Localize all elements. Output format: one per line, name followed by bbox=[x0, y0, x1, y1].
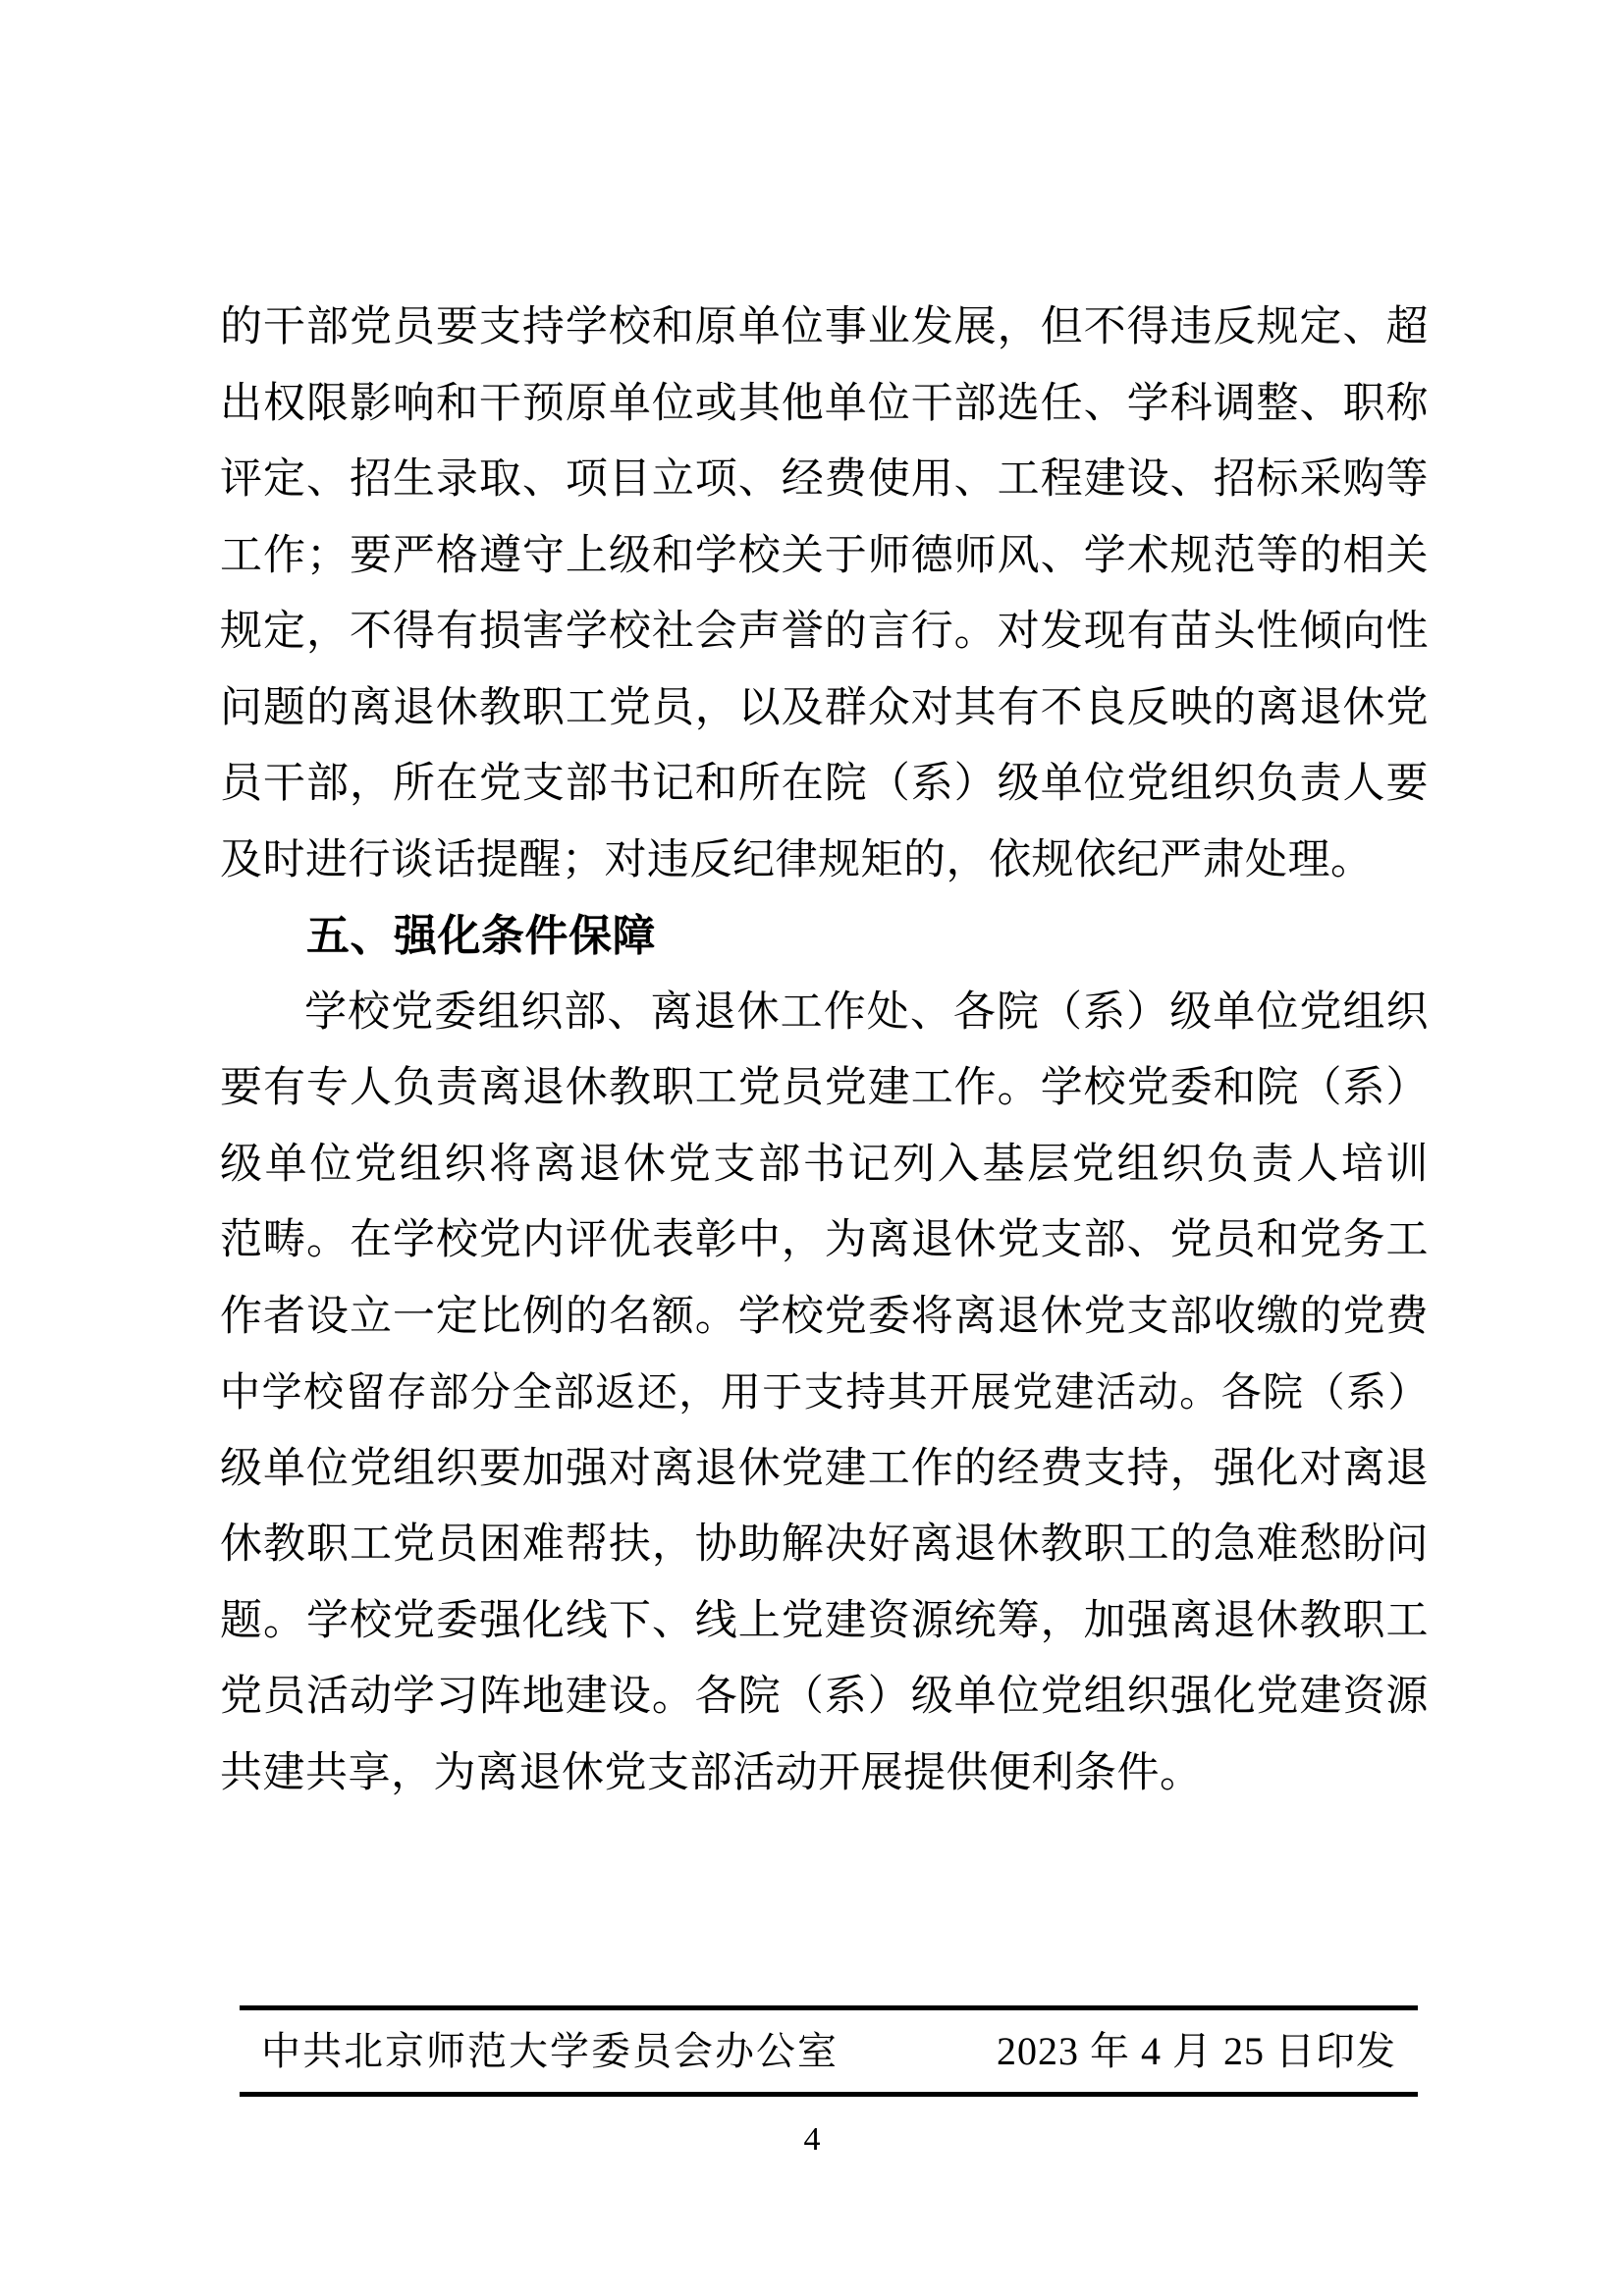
issuing-office: 中共北京师范大学委员会办公室 bbox=[261, 2012, 839, 2091]
body-text: 的干部党员要支持学校和原单位事业发展，但不得违反规定、超 出权限影响和干预原单位… bbox=[220, 290, 1429, 1811]
body-line: 学校党委组织部、离退休工作处、各院（系）级单位党组织 bbox=[220, 975, 1429, 1051]
body-line: 中学校留存部分全部返还，用于支持其开展党建活动。各院（系） bbox=[220, 1355, 1429, 1431]
body-line: 党员活动学习阵地建设。各院（系）级单位党组织强化党建资源 bbox=[220, 1659, 1429, 1735]
footer-rule-bottom bbox=[240, 2092, 1418, 2097]
body-line: 评定、招生录取、项目立项、经费使用、工程建设、招标采购等 bbox=[220, 442, 1429, 518]
body-line: 及时进行谈话提醒；对违反纪律规矩的，依规依纪严肃处理。 bbox=[220, 823, 1429, 899]
body-line: 休教职工党员困难帮扶，协助解决好离退休教职工的急难愁盼问 bbox=[220, 1507, 1429, 1583]
section-heading: 五、强化条件保障 bbox=[220, 898, 1429, 975]
body-line: 范畴。在学校党内评优表彰中，为离退休党支部、党员和党务工 bbox=[220, 1202, 1429, 1279]
print-date: 2023 年 4 月 25 日印发 bbox=[997, 2012, 1396, 2091]
footer: 中共北京师范大学委员会办公室 2023 年 4 月 25 日印发 bbox=[240, 2012, 1418, 2091]
body-line: 要有专人负责离退休教职工党员党建工作。学校党委和院（系） bbox=[220, 1050, 1429, 1127]
page-number: 4 bbox=[0, 2118, 1624, 2162]
body-line: 规定，不得有损害学校社会声誉的言行。对发现有苗头性倾向性 bbox=[220, 594, 1429, 670]
body-line: 工作；要严格遵守上级和学校关于师德师风、学术规范等的相关 bbox=[220, 518, 1429, 595]
footer-rule-top bbox=[240, 2005, 1418, 2010]
body-line: 题。学校党委强化线下、线上党建资源统筹，加强离退休教职工 bbox=[220, 1583, 1429, 1660]
body-line: 出权限影响和干预原单位或其他单位干部选任、学科调整、职称 bbox=[220, 366, 1429, 443]
body-line: 级单位党组织要加强对离退休党建工作的经费支持，强化对离退 bbox=[220, 1431, 1429, 1508]
body-line: 的干部党员要支持学校和原单位事业发展，但不得违反规定、超 bbox=[220, 290, 1429, 366]
body-line: 共建共享，为离退休党支部活动开展提供便利条件。 bbox=[220, 1735, 1429, 1812]
body-line: 问题的离退休教职工党员，以及群众对其有不良反映的离退休党 bbox=[220, 670, 1429, 747]
body-line: 作者设立一定比例的名额。学校党委将离退休党支部收缴的党费 bbox=[220, 1279, 1429, 1356]
document-page: 的干部党员要支持学校和原单位事业发展，但不得违反规定、超 出权限影响和干预原单位… bbox=[0, 0, 1624, 2296]
body-line: 级单位党组织将离退休党支部书记列入基层党组织负责人培训 bbox=[220, 1127, 1429, 1203]
body-line: 员干部，所在党支部书记和所在院（系）级单位党组织负责人要 bbox=[220, 746, 1429, 823]
